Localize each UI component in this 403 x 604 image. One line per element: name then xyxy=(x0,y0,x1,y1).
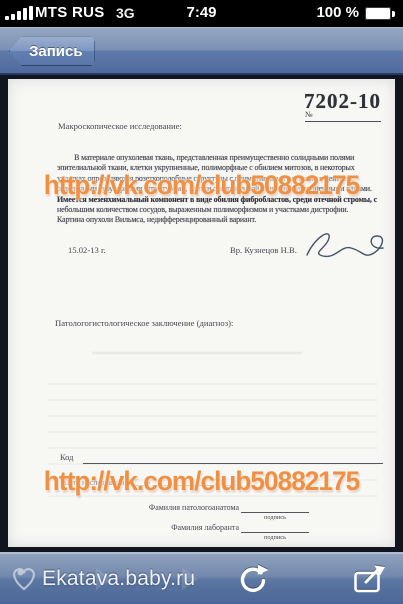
code-label: Код xyxy=(60,453,73,462)
report-date: 15.02-13 г. xyxy=(68,245,106,255)
navigation-bar: Запись xyxy=(0,27,403,75)
watermark-overlay-bottom: http://vk.com/club50882175 xyxy=(6,466,397,497)
back-button-label: Запись xyxy=(29,43,83,60)
site-link[interactable]: Ekatava.baby.ru xyxy=(10,561,195,597)
site-link-label: Ekatava.baby.ru xyxy=(42,567,195,591)
report-number: 7202-10 xyxy=(304,89,381,114)
macroscopic-section-label: Макроскопическое исследование: xyxy=(58,121,182,131)
code-blank-line xyxy=(83,463,383,464)
number-blank-line: № xyxy=(305,112,381,122)
signature-scribble xyxy=(303,223,391,269)
share-button[interactable] xyxy=(345,552,395,604)
back-button[interactable]: Запись xyxy=(9,36,95,66)
vk-image-viewer-screen: MTS RUS 3G 7:49 100 % Запись 7202-10 № М… xyxy=(0,0,403,604)
pathologist-signature-line xyxy=(241,512,309,513)
status-bar: MTS RUS 3G 7:49 100 % xyxy=(0,0,403,27)
findings-line: В материале опухолевая ткань, представле… xyxy=(57,153,391,163)
signature-caption: подпись xyxy=(241,534,309,541)
conclusion-section-label: Патологогистологическое заключение (диаг… xyxy=(55,318,233,328)
watermark-overlay-top: http://vk.com/club50882175 xyxy=(6,170,397,201)
refresh-icon xyxy=(237,562,269,596)
number-sign: № xyxy=(305,110,313,119)
pathologist-surname-label: Фамилия патологоанатома xyxy=(149,503,239,512)
findings-line: небольшим количеством сосудов, выраженны… xyxy=(57,205,391,215)
battery-icon xyxy=(365,7,391,20)
signature-caption: подпись xyxy=(241,514,309,521)
photo-viewer[interactable]: 7202-10 № Макроскопическое исследование:… xyxy=(0,77,403,551)
refresh-button[interactable] xyxy=(226,552,280,604)
lab-signature-line xyxy=(241,532,309,533)
paper-smudge xyxy=(92,352,302,354)
lab-assistant-surname-label: Фамилия лаборанта xyxy=(171,523,239,532)
battery-percent-label: 100 % xyxy=(316,4,359,21)
share-icon xyxy=(353,564,387,594)
doctor-name: Вр. Кузнецов Н.В. xyxy=(230,245,297,255)
bottom-toolbar: Ekatava.baby.ru xyxy=(0,551,403,604)
babyru-heart-logo-icon xyxy=(10,565,38,593)
